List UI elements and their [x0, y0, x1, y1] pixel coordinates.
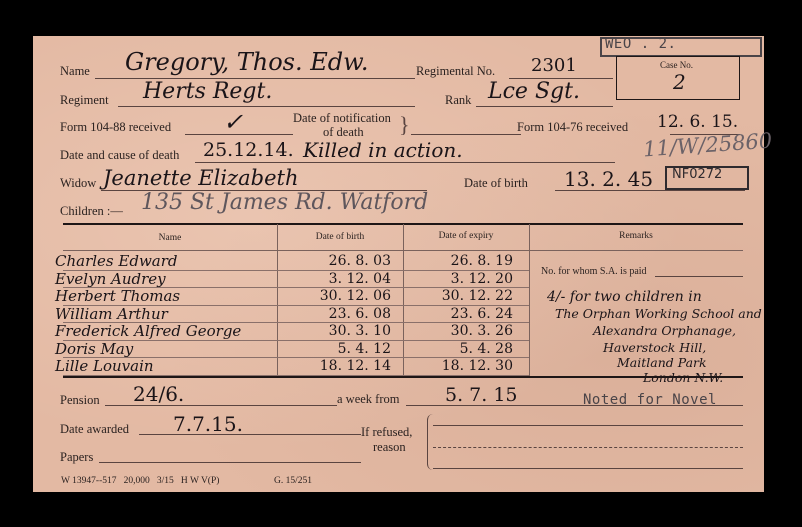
form-104-76-value: 12. 6. 15.	[657, 112, 738, 132]
papers-line	[99, 462, 361, 463]
refused-line-3	[433, 468, 743, 469]
cause-of-death-value: Killed in action.	[303, 138, 463, 162]
widow-label: Widow	[60, 176, 96, 191]
pension-record-card: WEO . 2. Case No. 2 Name Gregory, Thos. …	[33, 36, 764, 492]
form-104-76-label: Form 104-76 received	[517, 120, 628, 135]
date-awarded-value: 7.7.15.	[173, 412, 243, 436]
date-cause-death-label: Date and cause of death	[60, 148, 179, 163]
widow-dob-label: Date of birth	[464, 176, 528, 191]
form-104-88-checkmark-icon: ✓	[223, 108, 243, 136]
table-bottom-border	[63, 376, 743, 378]
child-name: Lille Louvain	[55, 357, 154, 375]
child-name: Herbert Thomas	[55, 287, 180, 305]
form-104-88-label: Form 104-88 received	[60, 120, 171, 135]
if-refused-label-line1: If refused,	[361, 425, 412, 440]
address-value: 135 St James Rd. Watford	[141, 190, 428, 215]
child-expiry: 26. 8. 19	[413, 253, 513, 269]
child-name: Evelyn Audrey	[55, 270, 166, 288]
remarks-line-4: Haverstock Hill,	[603, 340, 706, 355]
weo-stamp: WEO . 2.	[605, 36, 676, 52]
widow-dob-value: 13. 2. 45	[564, 167, 653, 191]
child-expiry: 23. 6. 24	[413, 306, 513, 322]
notification-line	[411, 134, 521, 135]
date-cause-death-line	[195, 162, 615, 163]
table-header-remarks: Remarks	[529, 231, 743, 241]
date-awarded-label: Date awarded	[60, 422, 129, 437]
notification-label-line1: Date of notification	[293, 111, 391, 126]
refused-line-2	[433, 447, 743, 448]
table-col-divider-3	[529, 224, 530, 376]
children-label: Children :—	[60, 204, 123, 219]
table-col-divider-1	[277, 224, 278, 376]
rank-line	[476, 106, 613, 107]
pension-value: 24/6.	[133, 382, 184, 406]
print-code: W 13947--517 20,000 3/15 H W V(P)	[61, 476, 219, 486]
child-dob: 3. 12. 04	[291, 271, 391, 287]
child-dob: 30. 3. 10	[291, 323, 391, 339]
table-header-dob: Date of birth	[277, 232, 403, 242]
table-header-expiry: Date of expiry	[403, 231, 529, 241]
file-reference-value: 11/W/25860	[642, 129, 773, 162]
notification-brace: }	[399, 112, 410, 138]
week-from-value: 5. 7. 15	[445, 384, 518, 406]
sa-paid-label: No. for whom S.A. is paid	[541, 266, 647, 277]
regiment-line	[118, 106, 415, 107]
rank-value: Lce Sgt.	[488, 79, 580, 104]
refused-line-1	[433, 425, 743, 426]
if-refused-label-line2: reason	[373, 440, 406, 455]
table-header-name: Name	[63, 233, 277, 243]
form-code: G. 15/251	[274, 476, 312, 486]
regiment-label: Regiment	[60, 93, 109, 108]
pension-label: Pension	[60, 393, 100, 408]
regiment-value: Herts Regt.	[143, 79, 272, 104]
sa-paid-line	[655, 276, 743, 277]
regimental-no-value: 2301	[531, 55, 577, 76]
child-name: Frederick Alfred George	[55, 322, 241, 340]
name-value: Gregory, Thos. Edw.	[125, 48, 368, 76]
name-label: Name	[60, 64, 90, 79]
widow-value: Jeanette Elizabeth	[103, 166, 298, 190]
child-name: William Arthur	[55, 305, 168, 323]
week-from-label: a week from	[337, 392, 399, 407]
child-expiry: 5. 4. 28	[413, 341, 513, 357]
remarks-line-3: Alexandra Orphanage,	[593, 323, 736, 338]
case-number-label: Case No.	[660, 60, 693, 70]
remarks-line-5: Maitland Park	[617, 355, 707, 370]
child-expiry: 30. 3. 26	[413, 323, 513, 339]
remarks-line-1: 4/- for two children in	[547, 289, 702, 305]
child-dob: 26. 8. 03	[291, 253, 391, 269]
child-dob: 30. 12. 06	[291, 288, 391, 304]
child-name: Doris May	[55, 340, 133, 358]
case-number-value: 2	[673, 70, 686, 94]
child-dob: 5. 4. 12	[291, 341, 391, 357]
refused-brace	[427, 414, 433, 470]
child-expiry: 30. 12. 22	[413, 288, 513, 304]
date-of-death-value: 25.12.14.	[203, 139, 294, 161]
regimental-no-label: Regimental No.	[416, 64, 495, 79]
nf-stamp: NF0272	[672, 167, 722, 182]
table-header-rule	[63, 250, 743, 251]
child-dob: 23. 6. 08	[291, 306, 391, 322]
remarks-line-2: The Orphan Working School and	[555, 306, 762, 321]
child-name: Charles Edward	[55, 252, 178, 270]
child-dob: 18. 12. 14	[291, 358, 391, 374]
rank-label: Rank	[445, 93, 471, 108]
child-expiry: 18. 12. 30	[413, 358, 513, 374]
table-col-divider-2	[403, 224, 404, 376]
child-expiry: 3. 12. 20	[413, 271, 513, 287]
noted-for-novel-stamp: Noted for Novel	[583, 392, 717, 408]
papers-label: Papers	[60, 450, 93, 465]
